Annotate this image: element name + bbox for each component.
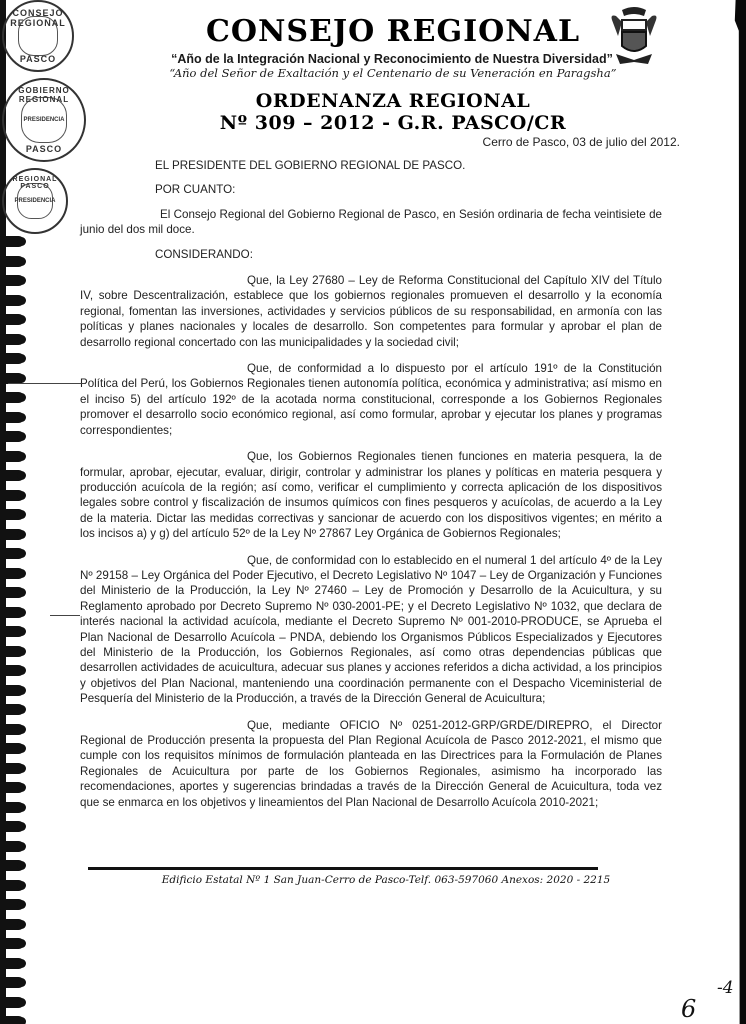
spiral-ring [0, 607, 24, 618]
considerando-paragraph: Que, los Gobiernos Regionales tienen fun… [80, 449, 662, 541]
spiral-ring [0, 938, 24, 949]
spiral-ring [0, 412, 24, 423]
spiral-ring [0, 529, 24, 540]
spiral-ring [0, 997, 24, 1008]
handwritten-page-suffix: -4 [717, 978, 734, 998]
spiral-ring [0, 782, 24, 793]
date-line: Cerro de Pasco, 03 de julio del 2012. [483, 135, 680, 149]
spiral-ring [0, 626, 24, 637]
spiral-ring [0, 334, 24, 345]
considerando-heading: CONSIDERANDO: [155, 247, 662, 262]
considerando-paragraph: Que, la Ley 27680 – Ley de Reforma Const… [80, 273, 662, 350]
spiral-ring [0, 899, 24, 910]
scan-artifact [8, 383, 86, 384]
spiral-ring [0, 704, 24, 715]
scan-artifact [50, 615, 80, 616]
spiral-ring [0, 685, 24, 696]
document-body: EL PRESIDENTE DEL GOBIERNO REGIONAL DE P… [80, 158, 662, 810]
considerando-paragraph: Que, de conformidad a lo dispuesto por e… [80, 361, 662, 438]
considerando-paragraph: Que, de conformidad con lo establecido e… [80, 553, 662, 707]
spiral-ring [0, 1016, 24, 1024]
spiral-ring [0, 763, 24, 774]
seal-presidencia: REGIONAL PASCO PRESIDENCIA [2, 168, 68, 234]
spiral-ring [0, 646, 24, 657]
year-motto: “Año de la Integración Nacional y Recono… [38, 52, 746, 66]
spiral-ring [0, 568, 24, 579]
spiral-ring [0, 743, 24, 754]
spiral-ring [0, 860, 24, 871]
seal-top-text: REGIONAL PASCO [4, 176, 66, 190]
ordinance-number: Nº 309 – 2012 - G.R. PASCO/CR [40, 112, 746, 134]
spiral-ring [0, 314, 24, 325]
letterhead: CONSEJO REGIONAL “Año de la Integración … [0, 14, 746, 134]
spiral-ring [0, 275, 24, 286]
handwritten-page-number: 6 [681, 995, 696, 1023]
spiral-ring [0, 236, 24, 247]
local-motto: “Año del Señor de Exaltación y el Centen… [40, 66, 746, 80]
spiral-ring [0, 470, 24, 481]
spiral-ring [0, 802, 24, 813]
spiral-ring [0, 821, 24, 832]
footer-divider [88, 867, 598, 870]
spiral-ring [0, 587, 24, 598]
spiral-ring [0, 353, 24, 364]
spiral-ring [0, 665, 24, 676]
spiral-ring [0, 490, 24, 501]
considerando-paragraph: Que, mediante OFICIO Nº 0251-2012-GRP/GR… [80, 718, 662, 810]
spiral-ring [0, 431, 24, 442]
spiral-ring [0, 919, 24, 930]
spiral-ring [0, 256, 24, 267]
footer-address: Edificio Estatal Nº 1 San Juan-Cerro de … [26, 874, 746, 886]
por-cuanto-heading: POR CUANTO: [155, 182, 662, 197]
spiral-ring [0, 509, 24, 520]
spiral-ring [0, 392, 24, 403]
spiral-ring [0, 548, 24, 559]
spiral-ring [0, 451, 24, 462]
spiral-ring [0, 373, 24, 384]
spiral-ring [0, 295, 24, 306]
president-heading: EL PRESIDENTE DEL GOBIERNO REGIONAL DE P… [155, 158, 662, 173]
spiral-ring [0, 977, 24, 988]
ordinance-title: ORDENANZA REGIONAL [40, 90, 746, 112]
spiral-ring [0, 841, 24, 852]
council-title: CONSEJO REGIONAL [40, 14, 746, 50]
seal-bottom-text: PASCO [4, 144, 84, 154]
spiral-ring [0, 724, 24, 735]
spiral-ring [0, 880, 24, 891]
scan-edge-shadow [730, 0, 746, 1024]
intro-paragraph: El Consejo Regional del Gobierno Regiona… [80, 207, 662, 238]
spiral-ring [0, 958, 24, 969]
